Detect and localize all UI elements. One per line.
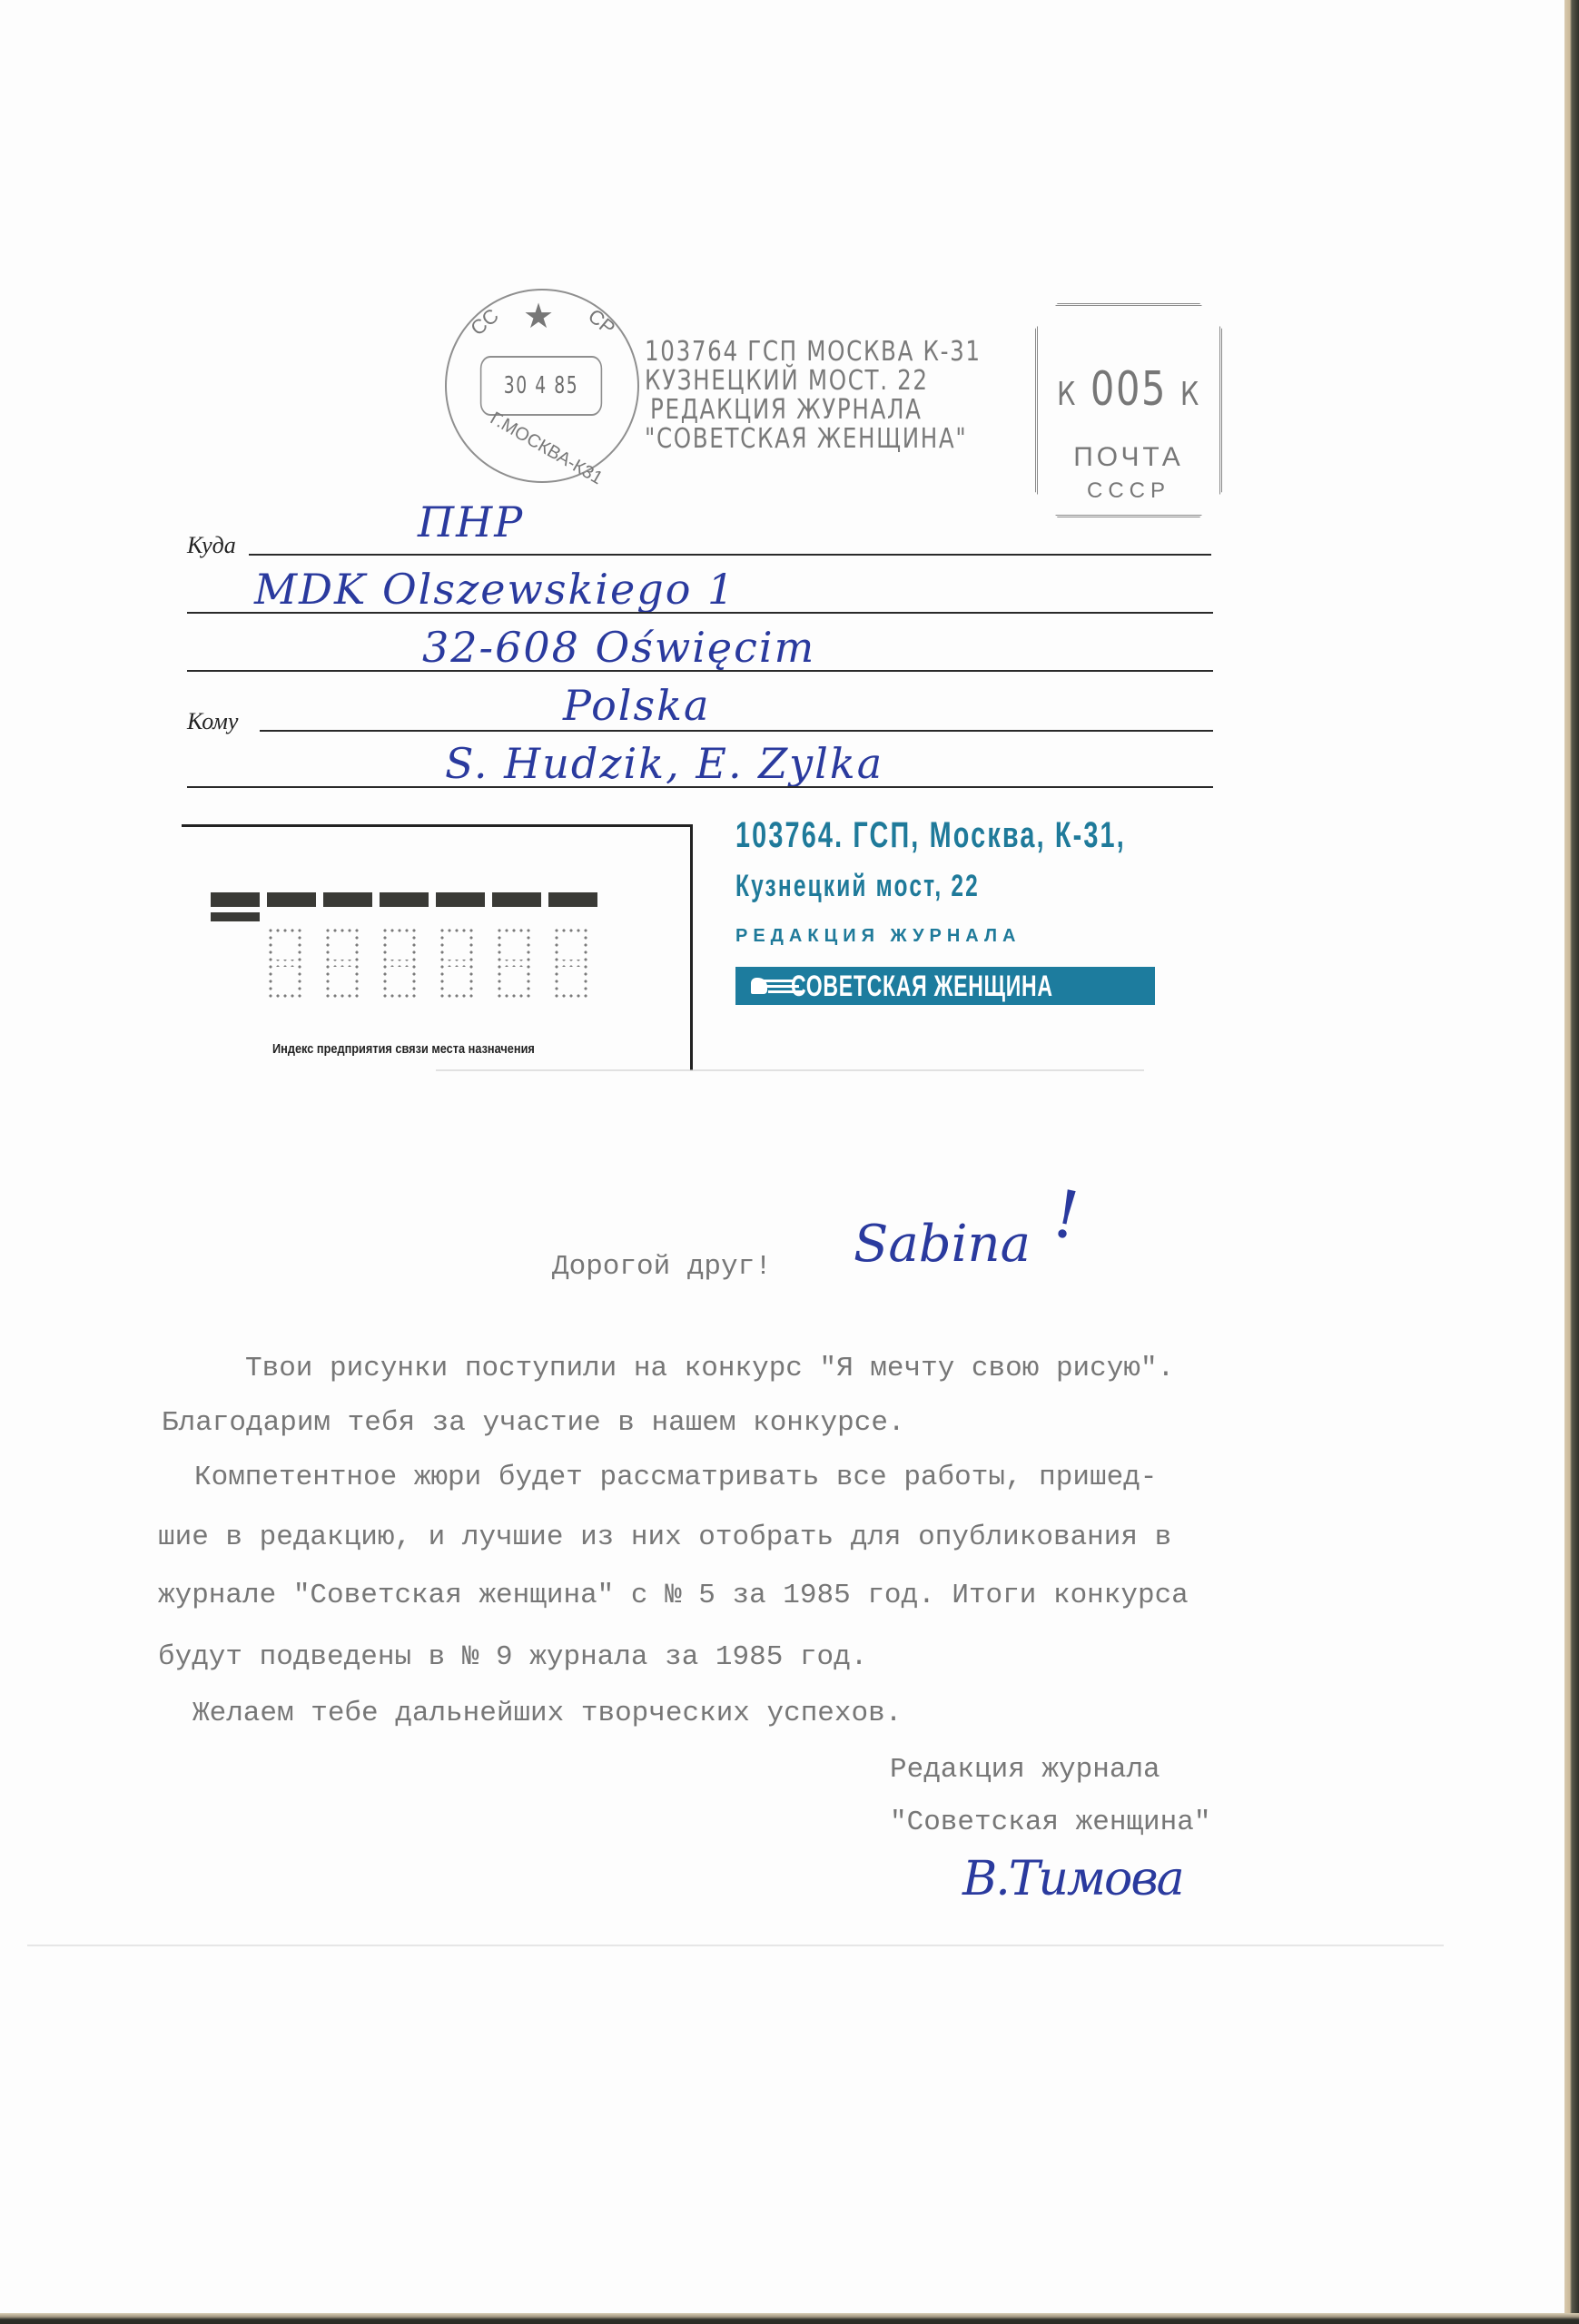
letter-line: журнале "Советская женщина" с № 5 за 198… — [158, 1580, 1189, 1611]
postmark-arc-right: СР — [584, 304, 620, 340]
letter-line: Желаем тебе дальнейших творческих успехо… — [192, 1698, 902, 1729]
handwritten-country: Polska — [563, 681, 710, 730]
letter-line: Твои рисунки поступили на конкурс "Я меч… — [245, 1353, 1174, 1384]
postage-label: ПОЧТА — [1038, 442, 1219, 473]
letter-line: Благодарим тебя за участие в нашем конку… — [162, 1407, 905, 1439]
handwritten-city: 32-608 Oświęcim — [422, 623, 815, 672]
address-line — [249, 554, 1211, 556]
salutation: Дорогой друг! — [552, 1251, 772, 1283]
index-digit-cell[interactable] — [324, 927, 360, 1000]
index-digit-cell[interactable] — [267, 927, 303, 1000]
postage-value: 005 — [1090, 362, 1167, 417]
envelope-edge — [436, 1069, 1144, 1071]
album-frame-right — [1564, 0, 1579, 2324]
letter-line: шие в редакцию, и лучшие из них отобрать… — [158, 1521, 1171, 1553]
postal-index-box: Индекс предприятия связи места назначени… — [182, 824, 693, 1070]
handwritten-name: Sabina — [854, 1215, 1031, 1274]
envelope: СС ★ СР 30 4 85 Г.МОСКВА-К31 103764 ГСП … — [173, 281, 1289, 1071]
return-address: 103764. ГСП, Москва, К-31, Кузнецкий мос… — [735, 815, 1278, 1005]
franking-meter-text: 103764 ГСП МОСКВА К-31 КУЗНЕЦКИЙ МОСТ. 2… — [645, 338, 928, 454]
postmark-arc-bottom: Г.МОСКВА-К31 — [487, 409, 607, 489]
album-frame-bottom — [0, 2313, 1579, 2324]
star-icon: ★ — [523, 296, 554, 337]
letter-line: Компетентное жюри будет рассматривать вс… — [194, 1462, 1157, 1493]
handwritten-street: MDK Olszewskiego 1 — [254, 565, 735, 614]
index-digit-grid — [267, 927, 589, 1000]
magazine-logo: СОВЕТСКАЯ ЖЕНЩИНА — [735, 967, 1155, 1005]
logo-swoosh-icon — [757, 978, 767, 994]
sign-off-line: Редакция журнала — [890, 1754, 1160, 1786]
index-digit-cell[interactable] — [439, 927, 475, 1000]
label-to-where: Куда — [187, 532, 236, 559]
page-divider — [27, 1945, 1444, 1946]
handwritten-exclamation: ! — [1046, 1175, 1088, 1255]
handwritten-recipients: S. Hudzik, E. Zylka — [445, 739, 883, 788]
index-digit-cell[interactable] — [496, 927, 532, 1000]
address-line — [187, 786, 1213, 788]
postmark-arc-left: СС — [466, 304, 503, 340]
handwritten-country-code: ПНР — [418, 497, 524, 547]
postmark-stamp: СС ★ СР 30 4 85 Г.МОСКВА-К31 — [445, 289, 639, 483]
label-to-whom: Кому — [187, 708, 238, 735]
sign-off-line: "Советская женщина" — [890, 1807, 1210, 1838]
postage-meter-stamp: К 005 К ПОЧТА СССР — [1035, 303, 1222, 517]
address-line — [187, 612, 1213, 614]
address-line — [187, 670, 1213, 672]
index-caption: Индекс предприятия связи места назначени… — [272, 1041, 535, 1057]
postage-country: СССР — [1038, 478, 1219, 504]
signature: В.Тимова — [962, 1852, 1183, 1906]
index-digit-cell[interactable] — [553, 927, 589, 1000]
index-digit-cell[interactable] — [381, 927, 418, 1000]
postmark-date: 30 4 85 — [480, 356, 602, 416]
address-line — [260, 730, 1213, 732]
letter-line: будут подведены в № 9 журнала за 1985 го… — [158, 1641, 867, 1673]
